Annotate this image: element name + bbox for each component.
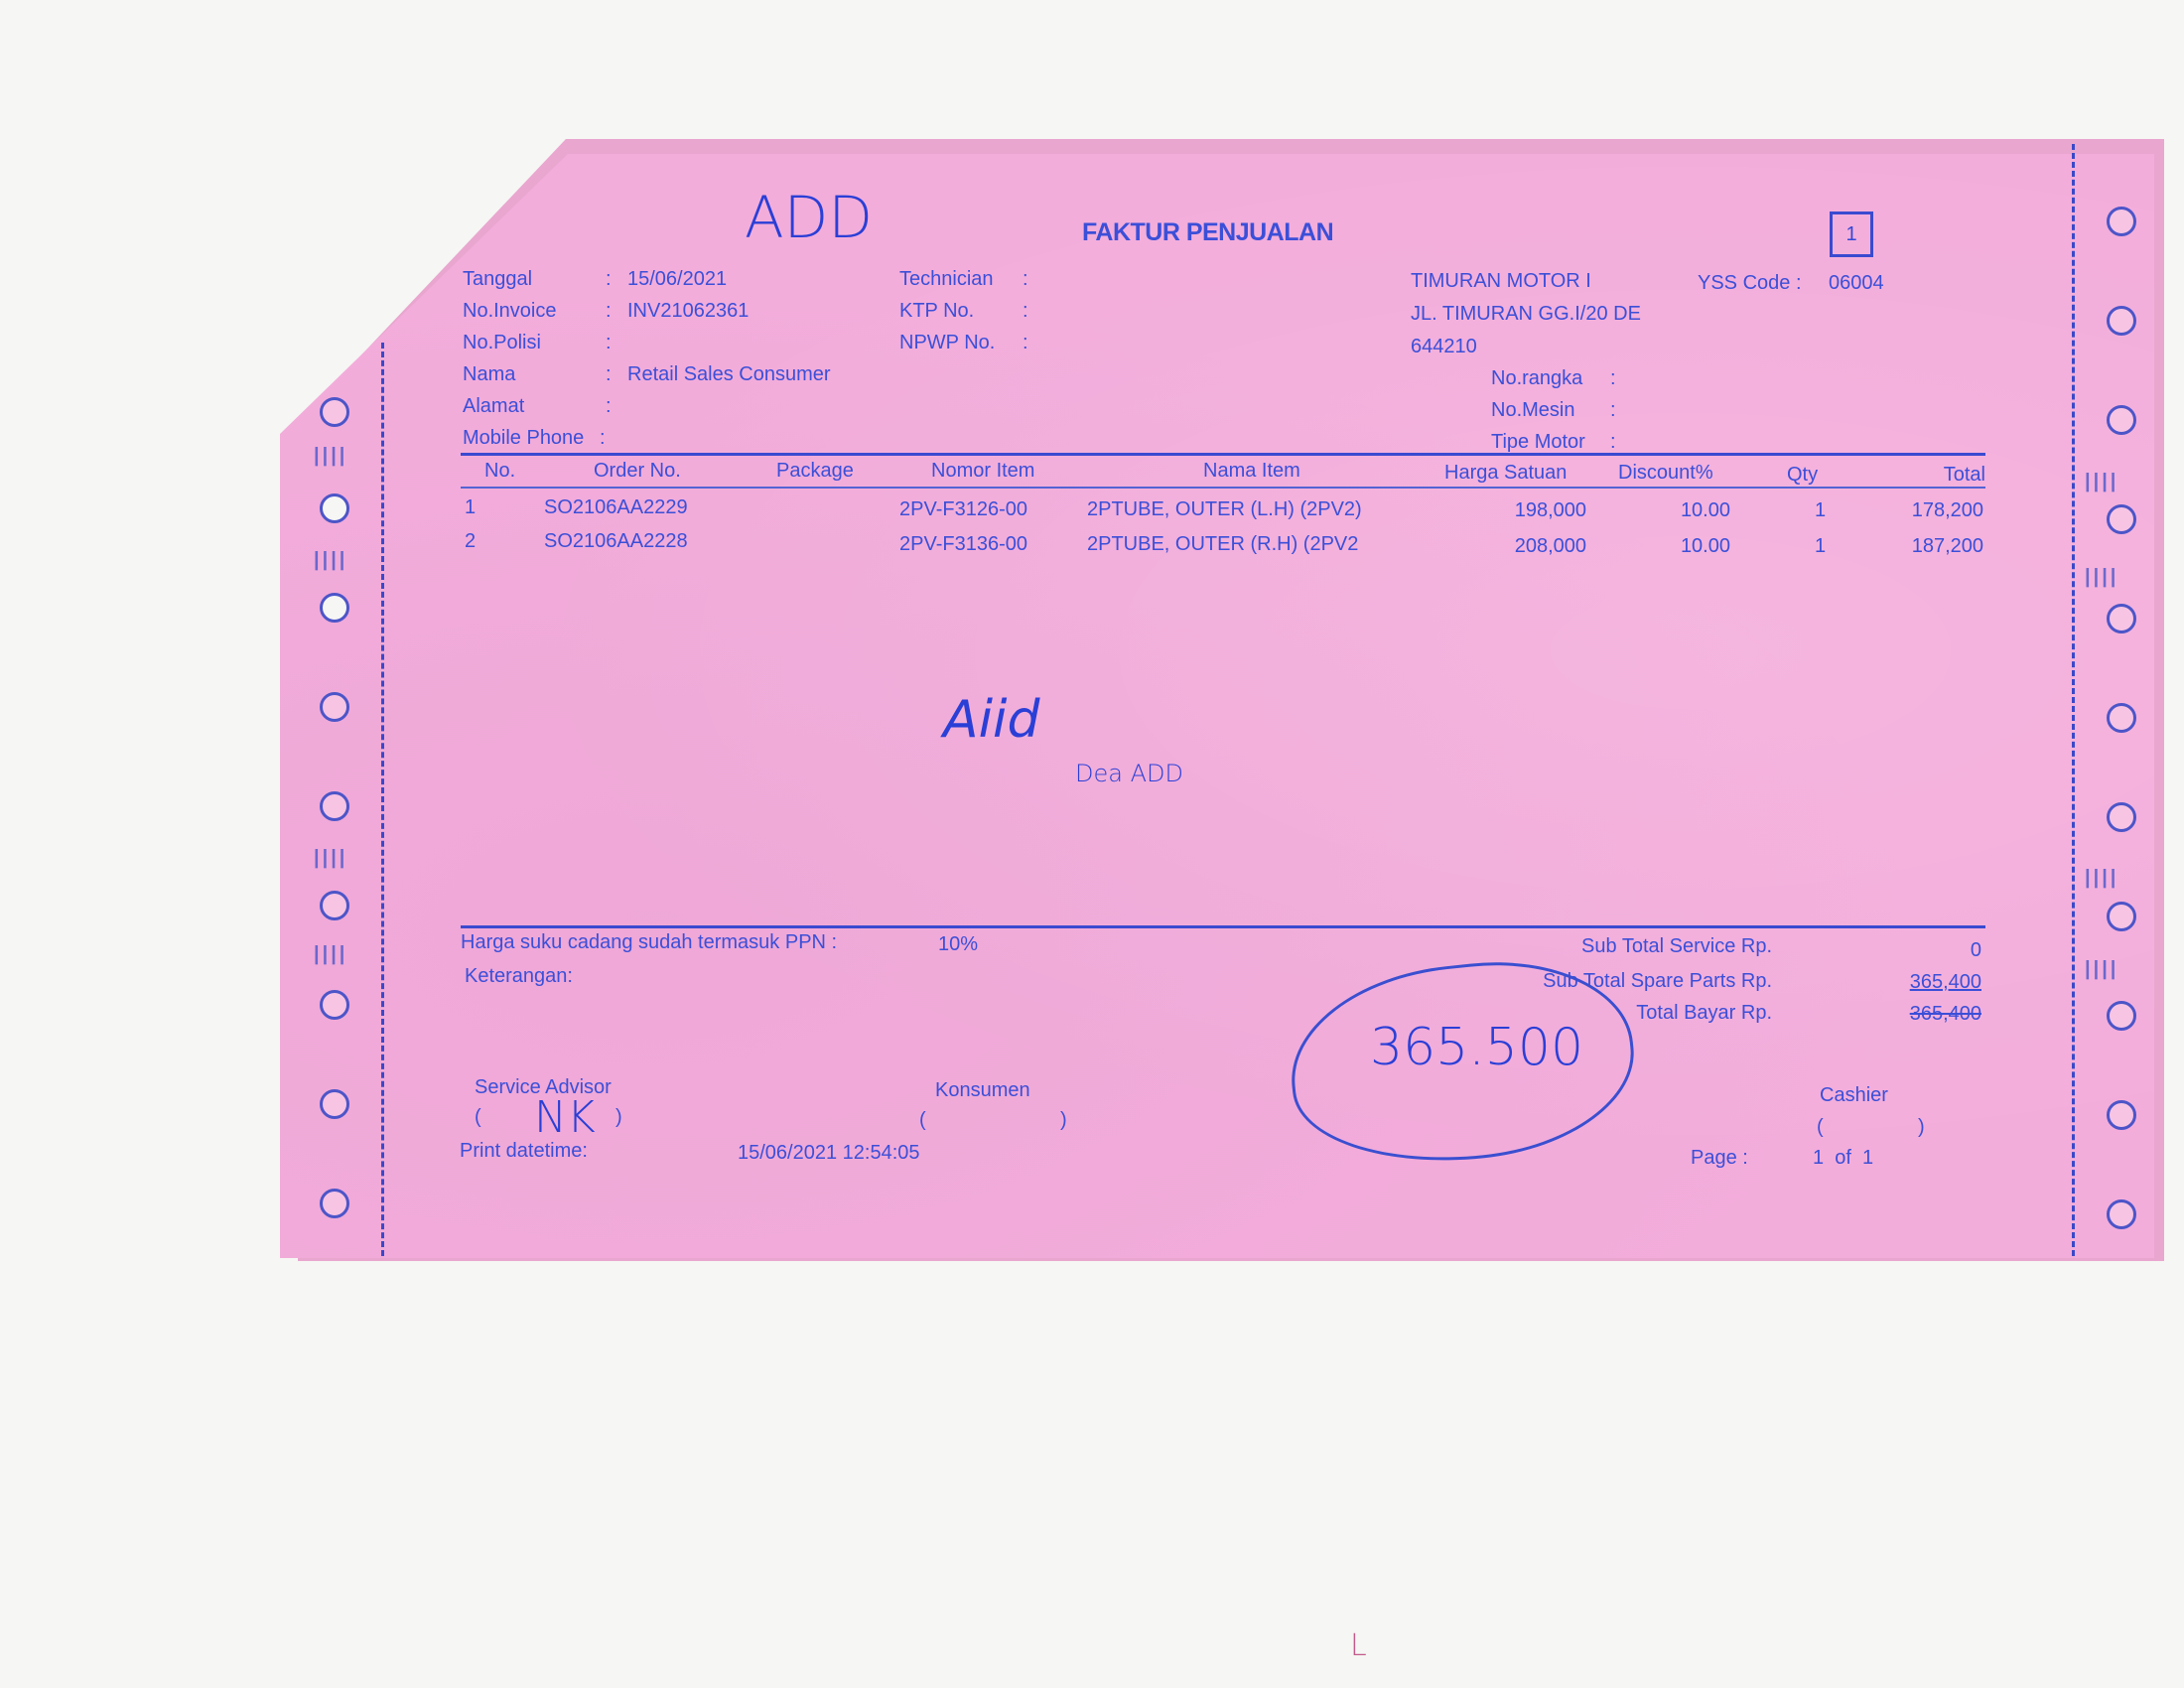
sprocket-hole <box>2107 207 2136 236</box>
handwritten-add: ADD <box>745 184 873 251</box>
document-title: FAKTUR PENJUALAN <box>1082 218 1333 247</box>
cell-total: 187,200 <box>1866 535 1983 558</box>
copy-number-box: 1 <box>1830 211 1873 257</box>
open-paren: ( <box>475 1106 481 1129</box>
cashier-label: Cashier <box>1820 1084 1888 1107</box>
label-no-rangka: No.rangka <box>1491 367 1582 390</box>
sprocket-hole <box>320 493 349 523</box>
keterangan-label: Keterangan: <box>465 965 573 988</box>
cell-nama-item: 2PTUBE, OUTER (R.H) (2PV2 <box>1087 533 1358 556</box>
sep: : <box>1610 431 1616 454</box>
sep: : <box>606 332 612 354</box>
label-subtotal-service: Sub Total Service Rp. <box>1489 935 1772 958</box>
ppn-note: Harga suku cadang sudah termasuk PPN : <box>461 931 837 954</box>
sprocket-hole <box>320 1089 349 1119</box>
strip-mark: |||| <box>2085 958 2118 981</box>
sep: : <box>1023 332 1028 354</box>
sep: : <box>606 268 612 291</box>
cell-harga-satuan: 198,000 <box>1449 499 1586 522</box>
right-perforation-line <box>2072 144 2075 1256</box>
sprocket-hole <box>320 397 349 427</box>
sprocket-hole <box>2107 802 2136 832</box>
copy-number: 1 <box>1845 223 1856 245</box>
dealer-address-2: 644210 <box>1411 336 1477 358</box>
cell-nama-item: 2PTUBE, OUTER (L.H) (2PV2) <box>1087 498 1362 521</box>
value-total-bayar: 365,400 <box>1866 1003 1981 1026</box>
sep: : <box>606 363 612 386</box>
sprocket-hole <box>320 692 349 722</box>
page-label: Page : <box>1691 1147 1748 1170</box>
label-nama: Nama <box>463 363 515 386</box>
handwritten-signature: Aiid <box>943 690 1039 750</box>
close-paren: ) <box>615 1106 622 1129</box>
cell-nomor-item: 2PV-F3126-00 <box>899 498 1027 521</box>
strip-mark: |||| <box>314 943 347 966</box>
value-subtotal-spare-parts: 365,400 <box>1866 971 1981 994</box>
col-order-no: Order No. <box>594 460 681 483</box>
sprocket-hole <box>320 990 349 1020</box>
sep: : <box>1610 367 1616 390</box>
close-paren: ) <box>1060 1109 1067 1132</box>
col-no: No. <box>484 460 515 483</box>
value-subtotal-service: 0 <box>1886 939 1981 962</box>
left-perforation-line <box>381 343 384 1256</box>
col-harga-satuan: Harga Satuan <box>1444 462 1567 485</box>
sep: : <box>600 427 606 450</box>
sprocket-hole <box>320 791 349 821</box>
close-paren: ) <box>1918 1116 1925 1139</box>
sprocket-hole <box>2107 902 2136 931</box>
col-package: Package <box>776 460 854 483</box>
col-nomor-item: Nomor Item <box>931 460 1034 483</box>
value-tanggal: 15/06/2021 <box>627 268 727 291</box>
yss-label: YSS Code : <box>1698 272 1802 295</box>
sprocket-hole <box>2107 405 2136 435</box>
col-qty: Qty <box>1787 464 1818 487</box>
sep: : <box>606 300 612 323</box>
sprocket-hole <box>320 1189 349 1218</box>
sep: : <box>1610 399 1616 422</box>
label-alamat: Alamat <box>463 395 524 418</box>
konsumen-label: Konsumen <box>935 1079 1030 1102</box>
cell-total: 178,200 <box>1866 499 1983 522</box>
label-invoice: No.Invoice <box>463 300 557 323</box>
handwritten-note: Dea ADD <box>1075 760 1183 787</box>
table-top-rule <box>461 453 1985 456</box>
label-tanggal: Tanggal <box>463 268 532 291</box>
dealer-name: TIMURAN MOTOR I <box>1411 270 1591 293</box>
cell-qty: 1 <box>1815 499 1826 522</box>
strip-mark: |||| <box>314 847 347 870</box>
value-nama: Retail Sales Consumer <box>627 363 831 386</box>
sprocket-hole <box>2107 306 2136 336</box>
sprocket-hole <box>2107 1001 2136 1031</box>
sprocket-hole <box>2107 1100 2136 1130</box>
sep: : <box>606 395 612 418</box>
handwritten-amount: 365.500 <box>1370 1018 1583 1077</box>
dealer-address-1: JL. TIMURAN GG.I/20 DE <box>1411 303 1641 326</box>
footer-rule <box>461 925 1985 928</box>
print-datetime-label: Print datetime: <box>460 1140 588 1163</box>
sprocket-hole <box>2107 504 2136 534</box>
sprocket-hole <box>320 891 349 920</box>
cell-discount: 10.00 <box>1628 499 1730 522</box>
label-mobile-phone: Mobile Phone <box>463 427 584 450</box>
col-total: Total <box>1886 464 1985 487</box>
strip-mark: |||| <box>314 445 347 468</box>
yss-code: 06004 <box>1829 272 1884 295</box>
label-ktp: KTP No. <box>899 300 974 323</box>
col-discount: Discount% <box>1618 462 1713 485</box>
cell-harga-satuan: 208,000 <box>1449 535 1586 558</box>
stray-mark: L <box>1350 1628 1367 1663</box>
print-datetime-value: 15/06/2021 12:54:05 <box>738 1142 920 1165</box>
cell-discount: 10.00 <box>1628 535 1730 558</box>
cell-nomor-item: 2PV-F3136-00 <box>899 533 1027 556</box>
table-header-rule <box>461 487 1985 489</box>
cell-qty: 1 <box>1815 535 1826 558</box>
strip-mark: |||| <box>2085 867 2118 890</box>
col-nama-item: Nama Item <box>1203 460 1300 483</box>
label-polisi: No.Polisi <box>463 332 541 354</box>
strip-mark: |||| <box>2085 471 2118 493</box>
cell-order-no: SO2106AA2229 <box>544 496 688 519</box>
cell-no: 1 <box>465 496 476 519</box>
page-value: 1 of 1 <box>1813 1147 1873 1170</box>
strip-mark: |||| <box>314 549 347 572</box>
sprocket-hole <box>320 593 349 623</box>
value-invoice: INV21062361 <box>627 300 749 323</box>
sprocket-hole <box>2107 1199 2136 1229</box>
sep: : <box>1023 300 1028 323</box>
label-npwp: NPWP No. <box>899 332 995 354</box>
label-tipe-motor: Tipe Motor <box>1491 431 1585 454</box>
advisor-initials: NK <box>534 1092 596 1143</box>
open-paren: ( <box>1817 1116 1824 1139</box>
ppn-value: 10% <box>938 933 978 956</box>
cell-no: 2 <box>465 530 476 553</box>
cell-order-no: SO2106AA2228 <box>544 530 688 553</box>
label-no-mesin: No.Mesin <box>1491 399 1574 422</box>
label-technician: Technician <box>899 268 994 291</box>
strip-mark: |||| <box>2085 566 2118 589</box>
open-paren: ( <box>919 1109 926 1132</box>
sep: : <box>1023 268 1028 291</box>
sprocket-hole <box>2107 703 2136 733</box>
sprocket-hole <box>2107 604 2136 633</box>
